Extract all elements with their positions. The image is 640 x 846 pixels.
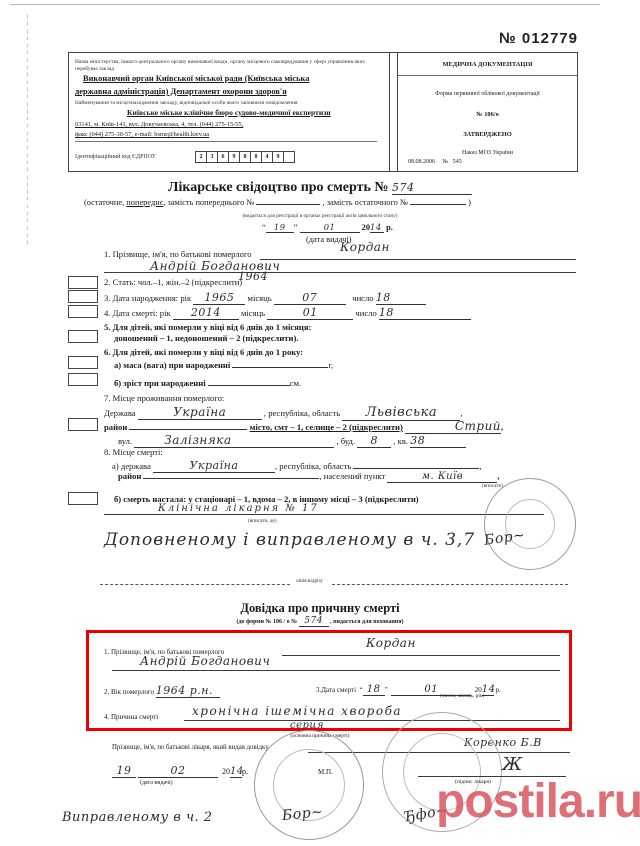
edrpou-digit: 3 [207, 152, 218, 162]
cause-surname: Кордан [366, 636, 416, 650]
cause-of-death-label: 4. Причина смерті [104, 713, 158, 721]
address-line-2: факс (044) 275-30-57, e-mail: bsme@healt… [75, 131, 209, 140]
certificate-title: Лікарське свідоцтво про смерть № 574 [0, 180, 640, 196]
code-box-sex[interactable] [68, 276, 98, 289]
write-in-where-caption: (вписати, де) [248, 518, 277, 524]
q8-label: 8. Місце смерті: [104, 447, 163, 457]
medical-docs-title: МЕДИЧНА ДОКУМЕНТАЦІЯ [398, 61, 577, 68]
date-caption: (число, місяць, рік) [440, 693, 484, 699]
document-number: № 012779 [499, 30, 578, 47]
q5-options: доношений – 1, недоношений – 2 (підкресл… [114, 333, 298, 343]
signature-icon: Ж [502, 754, 523, 775]
ministry-line-2: державна адміністрація) Департамент охор… [75, 86, 287, 97]
q2-sex-label: 2. Стать: чол.–1, жін.–2 (підкреслити) [104, 277, 242, 287]
q7-label: 7. Місце проживання померлого: [104, 393, 224, 403]
cause-given-names: Андрій Богданович [140, 654, 270, 668]
doctor-label: Прізвище, ім'я, по батькові лікаря, який… [112, 744, 269, 751]
q4-death-label: 4. Дата смерті: рік 2014 місяць 01 число… [104, 306, 471, 320]
approved-label: ЗАТВЕРДЖЕНО [398, 131, 577, 138]
institution-section: Назва міністерства, іншого центрального … [69, 53, 390, 171]
q5-label: 5. Для дітей, які померли у віці від 6 д… [104, 322, 311, 332]
cut-line-left [100, 584, 290, 585]
issue-date: “19” 01 2014 р. [262, 222, 393, 233]
certificate-type-line: (остаточне, попереднє, замість попереднь… [84, 198, 471, 207]
q2-sex-note: 1964 [238, 270, 268, 283]
footer-issue-date: 19 02 2014р. [112, 764, 248, 778]
institution-caption: Найменування та місцезнаходження закладу… [75, 100, 375, 107]
code-box-death-place[interactable] [68, 492, 98, 505]
code-box-q6a[interactable] [68, 356, 98, 369]
cause-certificate-subtitle: (до форми № 106 / о № 574 , видається дл… [0, 616, 640, 627]
edrpou-code: 23698049 [195, 151, 295, 163]
code-box-birth-date[interactable] [68, 290, 98, 303]
header-table: Назва міністерства, іншого центрального … [68, 52, 578, 172]
code-box-residence[interactable] [68, 418, 98, 431]
edrpou-digit [284, 152, 294, 162]
edrpou-digit: 0 [251, 152, 262, 162]
form-caption: Форма первинної облікової документації [398, 91, 577, 97]
watermark: postila.ru [436, 774, 640, 829]
ministry-line-1: Виконавчий орган Київської міської ради … [83, 73, 309, 84]
stamp-label: М.П. [318, 768, 333, 776]
form-number: № 106/о [398, 111, 577, 118]
q3-birth-label: 3. Дата народження: рік 1965 місяць 07 ч… [104, 291, 426, 305]
order-label: Наказ МОЗ України [398, 150, 577, 156]
code-box-death-date[interactable] [68, 305, 98, 318]
cut-line-right [332, 584, 568, 585]
edrpou-digit: 9 [273, 152, 284, 162]
q8a-locality-row: район , населений пункт м. Київ, [118, 471, 500, 483]
q1-surname: Кордан [340, 240, 390, 254]
code-box-q5[interactable] [68, 330, 98, 343]
certificate-number: 574 [392, 181, 472, 195]
footer-correction-note: Виправленому в ч. 2 [62, 810, 213, 825]
seal-stamp-icon [484, 478, 576, 570]
edrpou-digit: 8 [240, 152, 251, 162]
q7-district-row: район місто, смт – 1, селище – 2 (підкре… [104, 419, 503, 434]
edrpou-digit: 9 [229, 152, 240, 162]
edrpou-digit: 2 [196, 152, 207, 162]
q8b-value: Клінічна лікарня № 17 [158, 503, 319, 514]
page-top-edge [10, 4, 600, 5]
q1-label: 1. Прізвище, ім'я, по батькові померлого [104, 249, 252, 259]
edrpou-label: Ідентифікаційний код ЄДРПОУ [75, 154, 156, 161]
cause-certificate-title: Довідка про причину смерті [0, 601, 640, 616]
order-details: 08.08.2006 № 545 [408, 159, 587, 165]
q6b-birth-height: б) зріст при народженні см. [114, 378, 301, 388]
ministry-caption: Назва міністерства, іншого центрального … [75, 59, 375, 73]
footer-issue-caption: (дата видачі) [140, 780, 173, 786]
cause-of-death-value: хронічна ішемічна хвороба [192, 704, 402, 718]
q6a-birth-weight: а) маса (вага) при народженні г, [114, 360, 333, 370]
code-box-q6b[interactable] [68, 373, 98, 386]
address-line-1: 03141, м. Київ-141, вул. Докучаєвська, 4… [75, 121, 243, 130]
form-info-section: МЕДИЧНА ДОКУМЕНТАЦІЯ Форма первинної обл… [398, 53, 577, 171]
correction-note: Доповненому і виправленому в ч. 3,7 [104, 530, 475, 550]
cause-age-row: 2. Вік померлого 1964 р.н. [104, 684, 220, 698]
seal-stamp-icon [254, 730, 364, 840]
registry-note: (видається для реєстрації в органах реєс… [0, 213, 640, 219]
q6-label: 6. Для дітей, які померли у віці від 6 д… [104, 347, 303, 357]
q7-street-row: вул. Залізняка , буд. 8 , кв. 38 [118, 433, 466, 448]
edrpou-digit: 4 [262, 152, 273, 162]
edrpou-digit: 6 [218, 152, 229, 162]
institution-name: Київське міське клінічне бюро судово-мед… [127, 107, 331, 118]
cut-line-label: лінія відрізу [296, 578, 323, 584]
